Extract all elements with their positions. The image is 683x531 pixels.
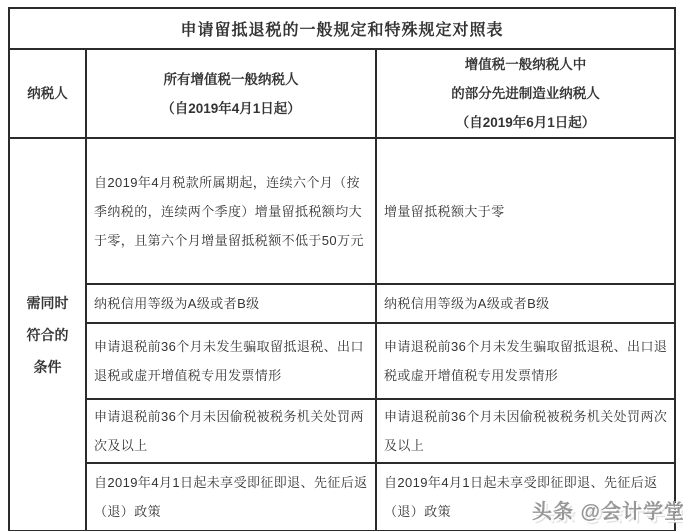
condition-4-general: 申请退税前36个月未因偷税被税务机关处罚两次及以上 — [86, 399, 376, 463]
condition-row-1: 需同时符合的条件 自2019年4月税款所属期起，连续六个月（按季纳税的，连续两个… — [9, 138, 675, 284]
condition-2-general: 纳税信用等级为A级或者B级 — [86, 284, 376, 323]
condition-3-general: 申请退税前36个月未发生骗取留抵退税、出口退税或虚开增值税专用发票情形 — [86, 323, 376, 399]
condition-2-special: 纳税信用等级为A级或者B级 — [376, 284, 675, 323]
comparison-table: 申请留抵退税的一般规定和特殊规定对照表 纳税人 所有增值税一般纳税人 （自201… — [8, 7, 676, 531]
header-advanced-line2: 的部分先进制造业纳税人 — [381, 79, 670, 108]
table-title: 申请留抵退税的一般规定和特殊规定对照表 — [9, 8, 675, 49]
condition-1-general: 自2019年4月税款所属期起，连续六个月（按季纳税的，连续两个季度）增量留抵税额… — [86, 138, 376, 284]
header-advanced-line3: （自2019年6月1日起） — [381, 108, 670, 137]
condition-row-3: 申请退税前36个月未发生骗取留抵退税、出口退税或虚开增值税专用发票情形 申请退税… — [9, 323, 675, 399]
condition-4-special: 申请退税前36个月未因偷税被税务机关处罚两次及以上 — [376, 399, 675, 463]
header-row: 纳税人 所有增值税一般纳税人 （自2019年4月1日起） 增值税一般纳税人中 的… — [9, 49, 675, 138]
condition-row-2: 纳税信用等级为A级或者B级 纳税信用等级为A级或者B级 — [9, 284, 675, 323]
header-general-line2: （自2019年4月1日起） — [91, 94, 371, 123]
watermark: 头条 @会计学堂 — [532, 495, 683, 524]
condition-3-special: 申请退税前36个月未发生骗取留抵退税、出口退税或虚开增值税专用发票情形 — [376, 323, 675, 399]
header-advanced-line1: 增值税一般纳税人中 — [381, 50, 670, 79]
header-general-line1: 所有增值税一般纳税人 — [91, 65, 371, 94]
header-taxpayer: 纳税人 — [9, 49, 86, 138]
condition-1-special: 增量留抵税额大于零 — [376, 138, 675, 284]
condition-5-general: 自2019年4月1日起未享受即征即退、先征后返（退）政策 — [86, 463, 376, 531]
header-advanced-manufacturing: 增值税一般纳税人中 的部分先进制造业纳税人 （自2019年6月1日起） — [376, 49, 675, 138]
conditions-row-label: 需同时符合的条件 — [9, 138, 86, 531]
header-general-taxpayers: 所有增值税一般纳税人 （自2019年4月1日起） — [86, 49, 376, 138]
title-row: 申请留抵退税的一般规定和特殊规定对照表 — [9, 8, 675, 49]
condition-row-4: 申请退税前36个月未因偷税被税务机关处罚两次及以上 申请退税前36个月未因偷税被… — [9, 399, 675, 463]
